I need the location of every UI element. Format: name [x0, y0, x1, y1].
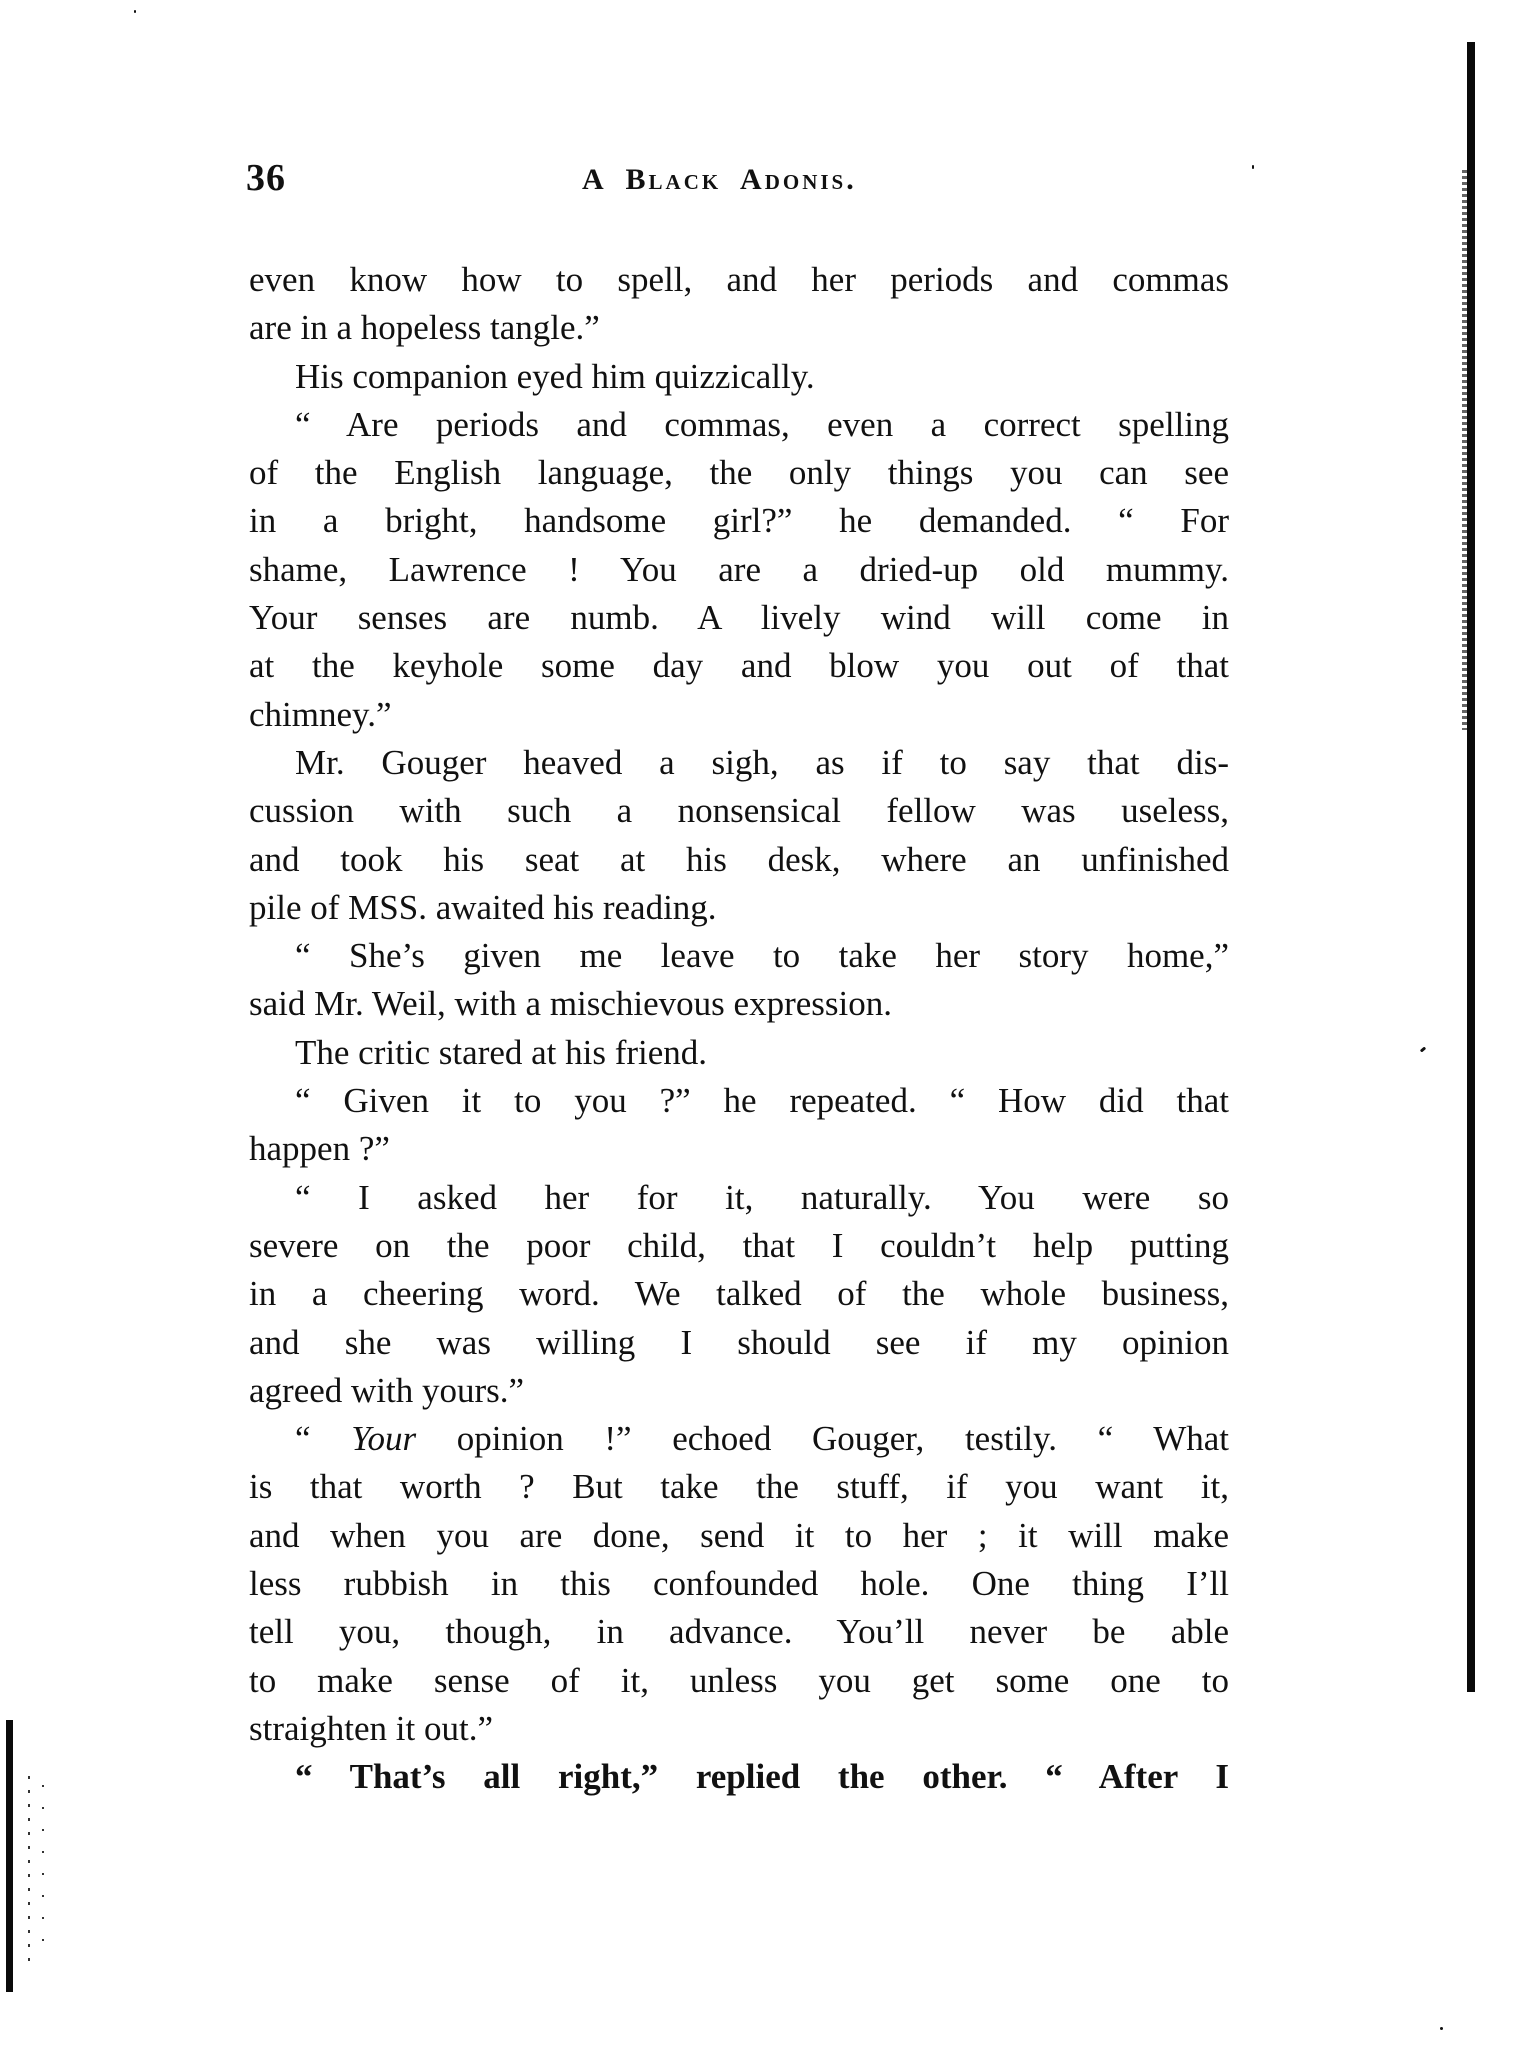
text-line: Mr. Gouger heaved a sigh, as if to say t…	[249, 739, 1229, 787]
text-line: Your senses are numb. A lively wind will…	[249, 594, 1229, 642]
text-line: is that worth ? But take the stuff, if y…	[249, 1463, 1229, 1511]
open-quote: “	[295, 1419, 311, 1458]
scan-edge-dots	[28, 1776, 30, 1966]
text-line: “ Given it to you ?” he repeated. “ How …	[249, 1077, 1229, 1125]
text-line: in a cheering word. We talked of the who…	[249, 1270, 1229, 1318]
page-number: 36	[246, 156, 286, 200]
text-line: at the keyhole some day and blow you out…	[249, 642, 1229, 690]
text-line: chimney.”	[249, 691, 1229, 739]
text-line: “ That’s all right,” replied the other. …	[249, 1753, 1229, 1801]
text-line: even know how to spell, and her periods …	[249, 256, 1229, 304]
text-line: The critic stared at his friend.	[249, 1029, 1229, 1077]
text-line: happen ?”	[249, 1125, 1229, 1173]
text-line: are in a hopeless tangle.”	[249, 304, 1229, 352]
text-line: “ I asked her for it, naturally. You wer…	[249, 1174, 1229, 1222]
text-line: to make sense of it, unless you get some…	[249, 1657, 1229, 1705]
text-line: cussion with such a nonsensical fellow w…	[249, 787, 1229, 835]
text-line: His companion eyed him quizzically.	[249, 353, 1229, 401]
text-line: said Mr. Weil, with a mischievous expres…	[249, 980, 1229, 1028]
text-line: severe on the poor child, that I couldn’…	[249, 1222, 1229, 1270]
book-page: 36 A Black Adonis. even know how to spel…	[0, 0, 1522, 2071]
text-fragment: opinion !” echoed Gouger, testily. “ Wha…	[416, 1419, 1229, 1458]
ink-speck	[1440, 2027, 1443, 2030]
scan-edge-bar-left	[6, 1720, 13, 1992]
body-text: even know how to spell, and her periods …	[249, 256, 1229, 1802]
text-line: pile of MSS. awaited his reading.	[249, 884, 1229, 932]
text-line: “ Your opinion !” echoed Gouger, testily…	[249, 1415, 1229, 1463]
text-line: of the English language, the only things…	[249, 449, 1229, 497]
text-line: straighten it out.”	[249, 1705, 1229, 1753]
ink-speck	[134, 10, 136, 13]
text-line: in a bright, handsome girl?” he demanded…	[249, 497, 1229, 545]
ink-speck	[1420, 1046, 1427, 1052]
ink-speck	[1252, 165, 1254, 169]
scan-edge-bar-right	[1467, 42, 1475, 1692]
text-line: “ She’s given me leave to take her story…	[249, 932, 1229, 980]
text-line: and she was willing I should see if my o…	[249, 1319, 1229, 1367]
text-line: tell you, though, in advance. You’ll nev…	[249, 1608, 1229, 1656]
running-title: A Black Adonis.	[582, 160, 857, 200]
text-line: agreed with yours.”	[249, 1367, 1229, 1415]
scan-edge-dots	[42, 1785, 44, 1955]
text-line: “ Are periods and commas, even a correct…	[249, 401, 1229, 449]
text-line: shame, Lawrence ! You are a dried-up old…	[249, 546, 1229, 594]
text-line: and took his seat at his desk, where an …	[249, 836, 1229, 884]
italic-word: Your	[351, 1419, 416, 1458]
text-line: and when you are done, send it to her ; …	[249, 1512, 1229, 1560]
text-line: less rubbish in this confounded hole. On…	[249, 1560, 1229, 1608]
